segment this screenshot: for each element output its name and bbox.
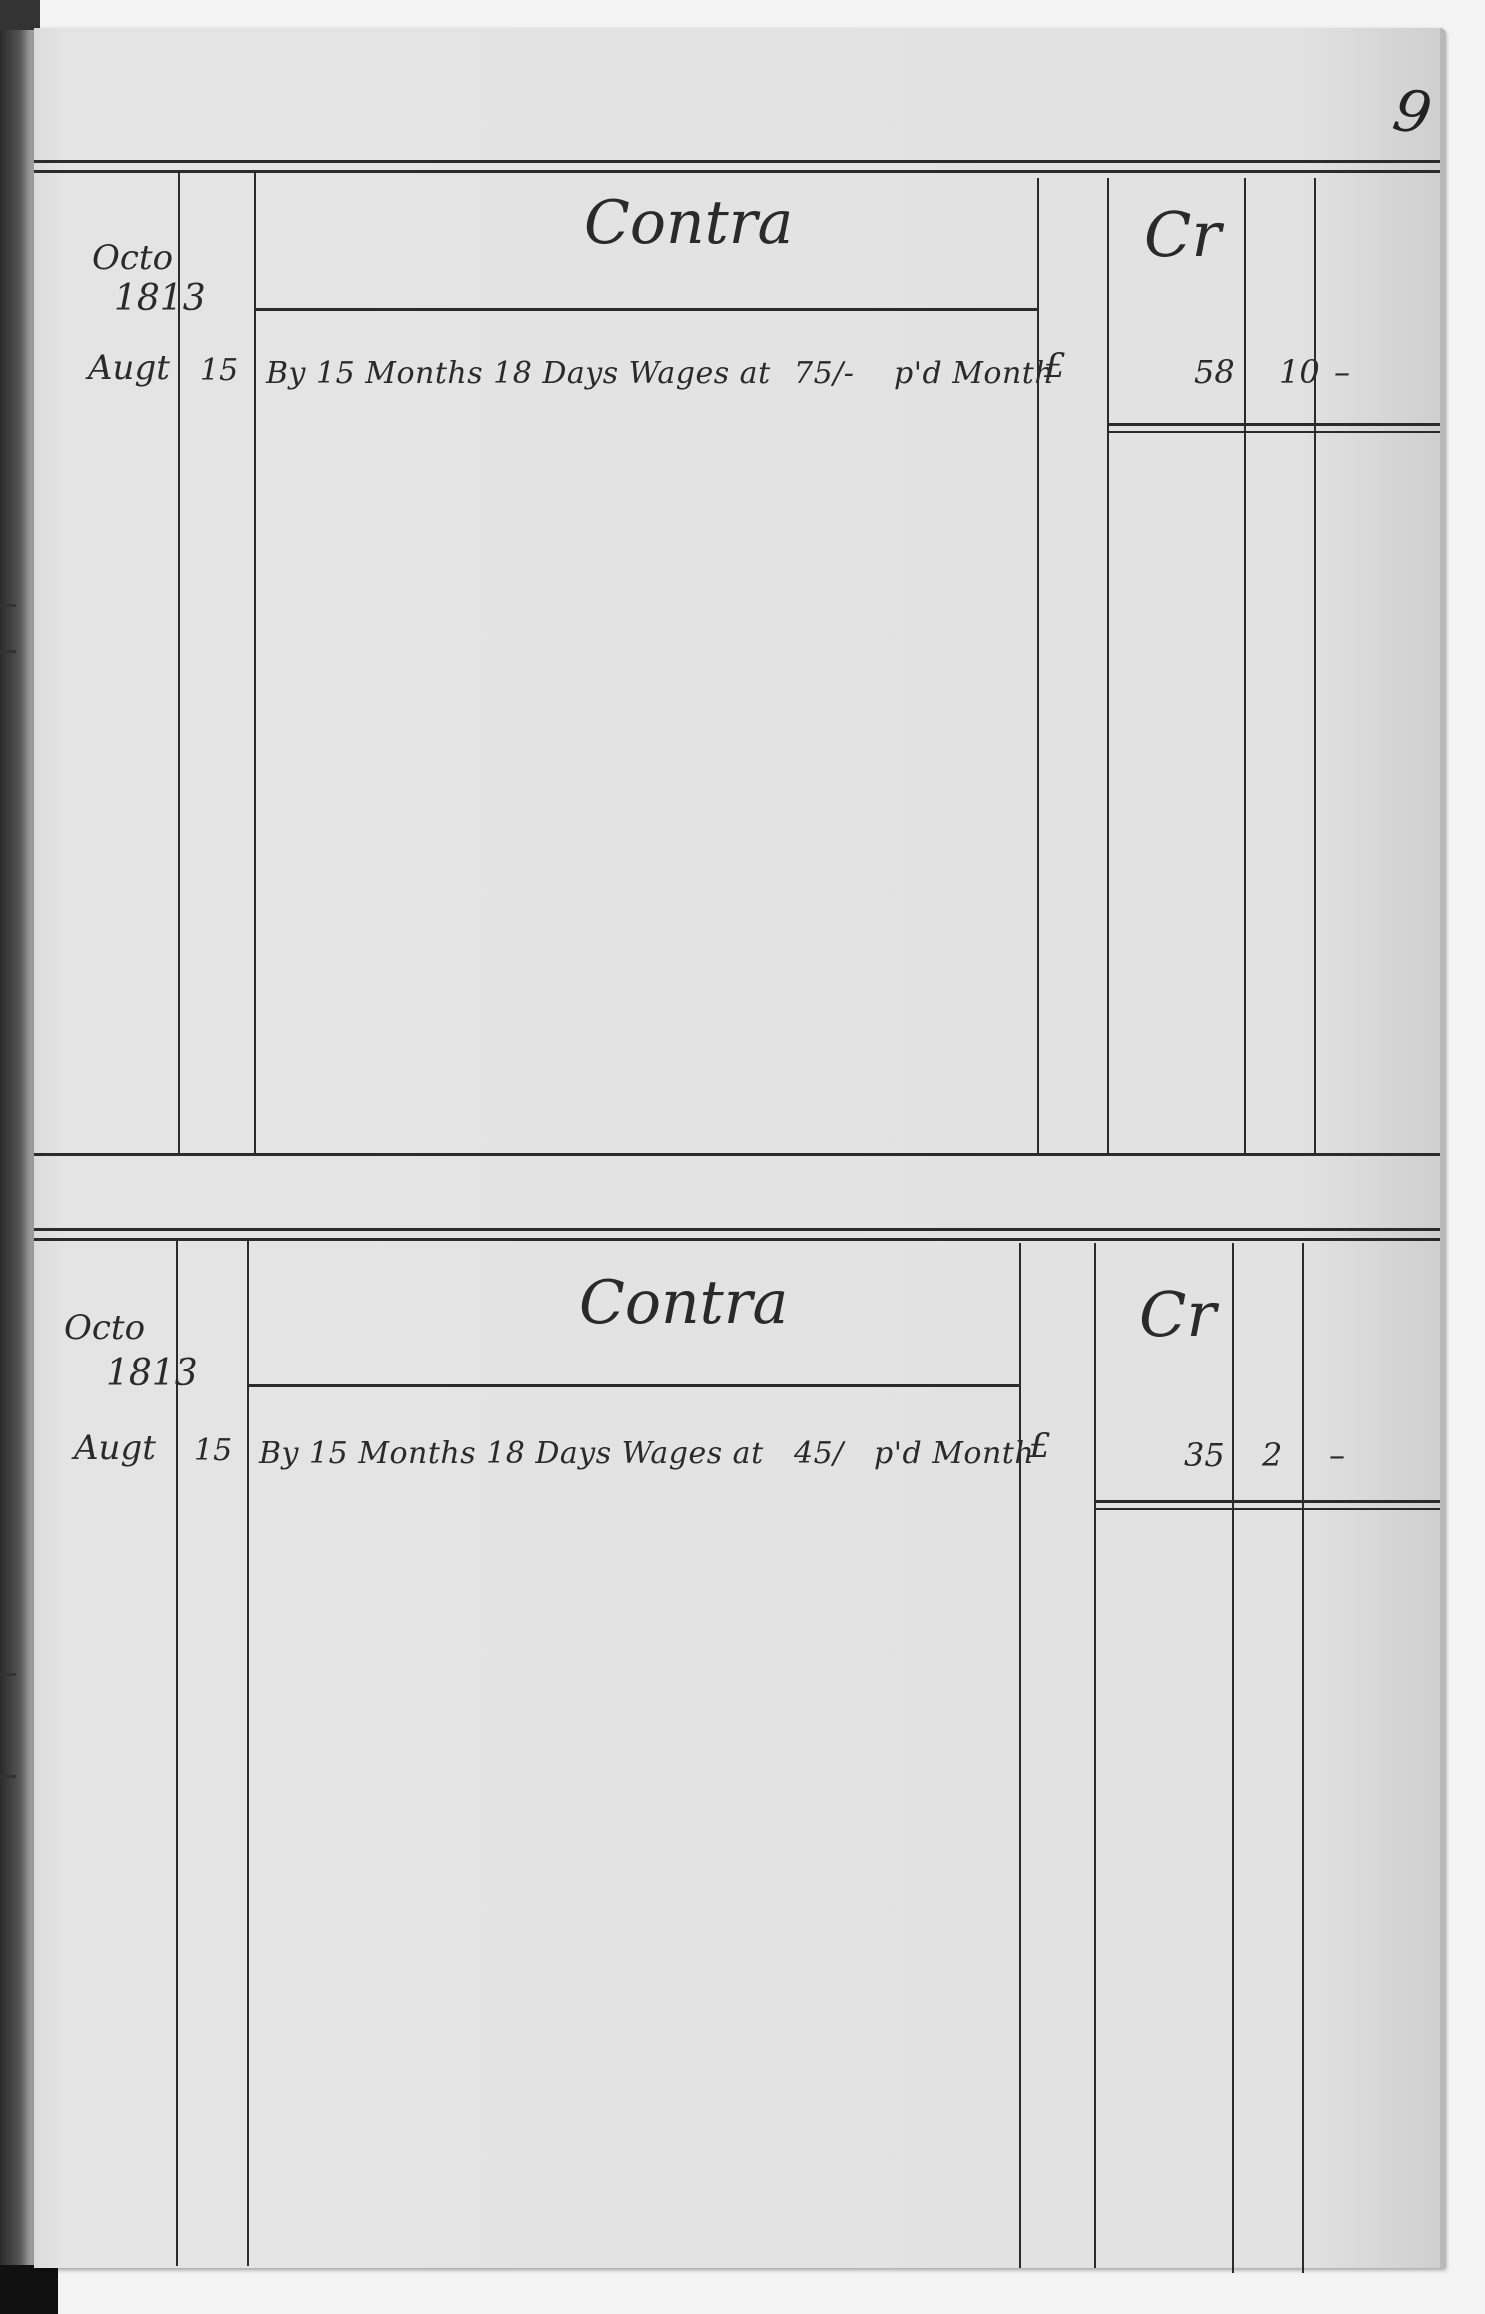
amount-pence: –: [1334, 353, 1350, 391]
year: 1813: [106, 1353, 198, 1394]
page-number: 9: [1388, 75, 1436, 148]
amount-shillings: 10: [1279, 353, 1320, 391]
currency-symbol: £: [1029, 1426, 1051, 1466]
section-title: Contra: [579, 1268, 788, 1338]
column-rule-date: [178, 173, 180, 1153]
binding-corner-top: [0, 0, 40, 30]
entry-description: By 15 Months 18 Days Wages at: [266, 356, 771, 391]
amount-shillings: 2: [1262, 1436, 1282, 1474]
amount-rule: [1094, 1500, 1440, 1503]
column-rule-description: [1037, 178, 1039, 1153]
column-rule-description: [1019, 1243, 1021, 2268]
month: Augt: [74, 1428, 156, 1468]
credit-label-text: Cr: [1144, 198, 1221, 271]
ledger-page: 9 Contra Cr Octo 1813 Augt 15 By 15 Mont…: [34, 28, 1446, 2268]
entry-description: By 15 Months 18 Days Wages at: [259, 1436, 764, 1471]
amount-rule-inner: [1107, 431, 1440, 433]
top-rule: [34, 160, 1440, 163]
header-underline: [254, 308, 1037, 311]
entry-rate-unit: p'd Month: [894, 356, 1054, 391]
left-page-rule-mark: [0, 1673, 16, 1676]
top-rule-inner: [34, 1238, 1440, 1241]
column-rule-pounds: [1244, 178, 1246, 1153]
credit-label: Cr: [1139, 1278, 1216, 1351]
amount-pounds: 35: [1184, 1436, 1225, 1474]
date-label: Octo: [64, 1308, 145, 1348]
left-page-rule-mark: [0, 1775, 16, 1778]
column-rule-currency: [1094, 1243, 1096, 2268]
entry-rate: 45/: [794, 1436, 844, 1471]
entry-rate: 75/-: [794, 356, 854, 391]
year: 1813: [114, 278, 206, 319]
amount-pounds: 58: [1194, 353, 1235, 391]
day: 15: [200, 353, 238, 388]
book-binding: [0, 0, 38, 2314]
column-rule-date: [176, 1241, 178, 2266]
column-rule-day: [254, 173, 256, 1153]
section-bottom-rule: [34, 1153, 1440, 1156]
column-rule-pounds: [1232, 1243, 1234, 2273]
month: Augt: [88, 348, 170, 388]
header-underline: [247, 1384, 1019, 1387]
top-rule-inner: [34, 170, 1440, 173]
left-page-rule-mark: [0, 604, 16, 607]
entry-rate-unit: p'd Month: [874, 1436, 1034, 1471]
credit-label: Cr: [1144, 198, 1221, 271]
top-rule: [34, 1228, 1440, 1231]
column-rule-shillings: [1302, 1243, 1304, 2273]
credit-label-text: Cr: [1139, 1278, 1216, 1351]
column-rule-shillings: [1314, 178, 1316, 1153]
column-rule-day: [247, 1241, 249, 2266]
currency-symbol: £: [1044, 346, 1066, 386]
section-title: Contra: [584, 188, 793, 258]
day: 15: [194, 1433, 232, 1468]
column-rule-currency: [1107, 178, 1109, 1153]
amount-rule-inner: [1094, 1508, 1440, 1510]
amount-rule: [1107, 423, 1440, 426]
binding-corner-bottom: [0, 2265, 58, 2314]
amount-pence: –: [1329, 1436, 1345, 1474]
left-page-rule-mark: [0, 650, 16, 653]
date-label: Octo: [92, 238, 173, 278]
